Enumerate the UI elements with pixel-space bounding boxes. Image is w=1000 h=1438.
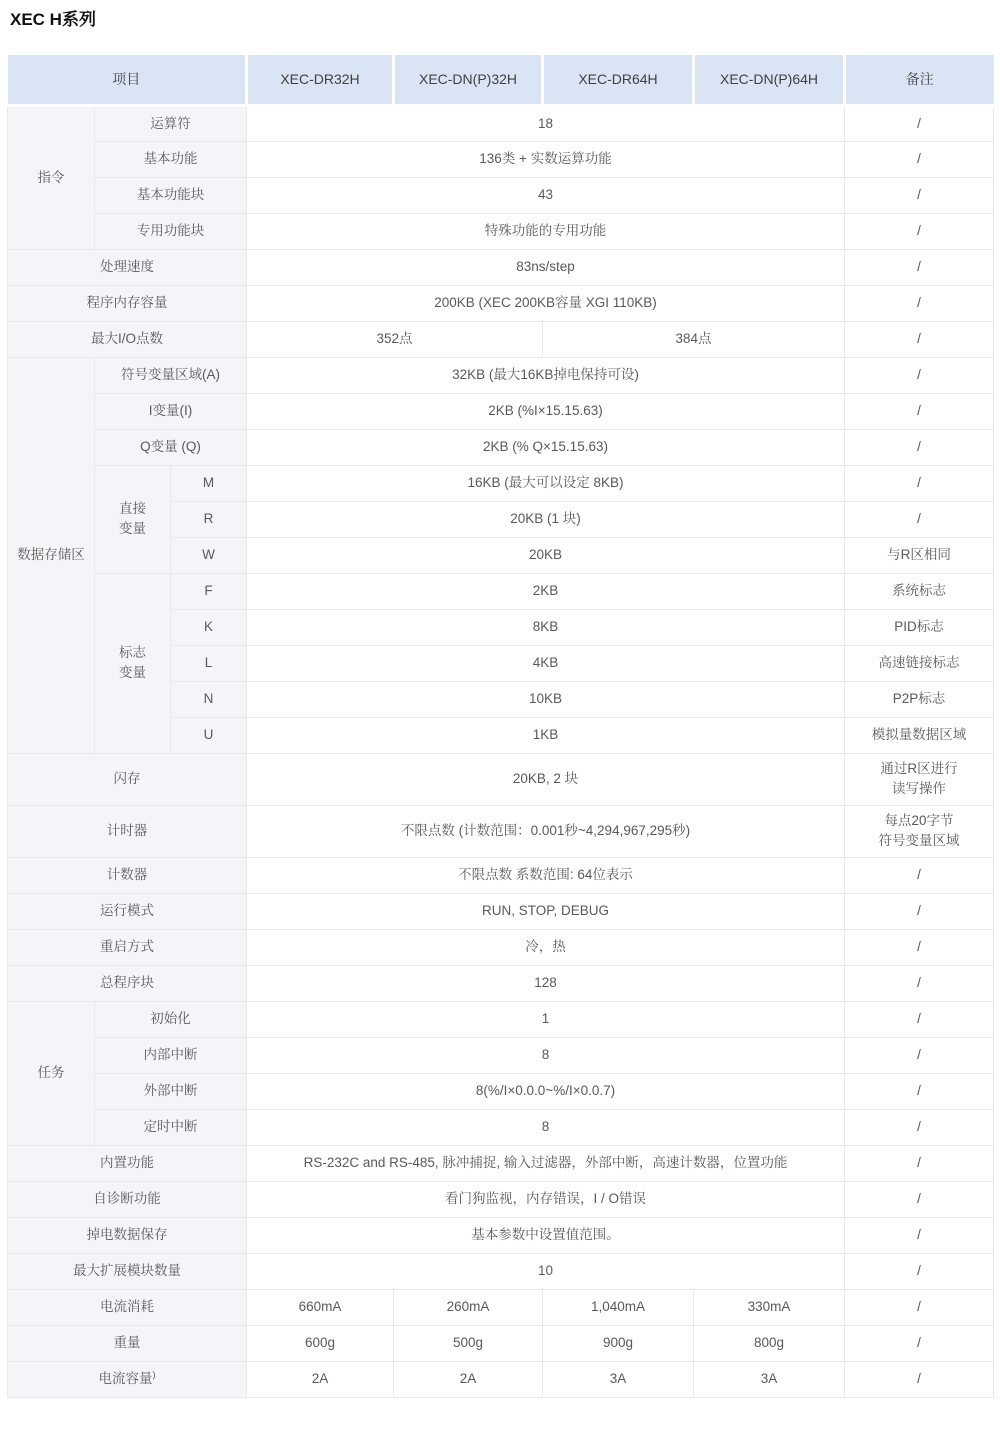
cell-label: 运算符 — [95, 105, 247, 141]
table-row: 外部中断8(%/I×0.0.0~%/I×0.0.7)/ — [8, 1073, 994, 1109]
header-cell-item: 项目 — [8, 55, 247, 105]
header-cell-remark: 备注 — [845, 55, 994, 105]
spec-table: 项目 XEC-DR32H XEC-DN(P)32H XEC-DR64H XEC-… — [7, 55, 994, 1398]
table-row: 闪存20KB, 2 块通过R区进行读写操作 — [8, 753, 994, 805]
cell-value: 8KB — [247, 609, 845, 645]
cell-label: 标志变量 — [95, 573, 171, 753]
cell-value: 200KB (XEC 200KB容量 XGI 110KB) — [247, 285, 845, 321]
cell-value: 20KB, 2 块 — [247, 753, 845, 805]
cell-label: 电流消耗 — [8, 1289, 247, 1325]
cell-value: 136类 + 实数运算功能 — [247, 141, 845, 177]
cell-label: 自诊断功能 — [8, 1181, 247, 1217]
table-row: 电流消耗660mA260mA1,040mA330mA/ — [8, 1289, 994, 1325]
cell-remark: 与R区相同 — [845, 537, 994, 573]
cell-remark: / — [845, 1361, 994, 1397]
table-row: 任务初始化1/ — [8, 1001, 994, 1037]
cell-remark: / — [845, 429, 994, 465]
table-row: 最大扩展模块数量10/ — [8, 1253, 994, 1289]
cell-label: 程序内存容量 — [8, 285, 247, 321]
cell-value: 260mA — [394, 1289, 543, 1325]
cell-label: 电流容量) — [8, 1361, 247, 1397]
cell-label: 基本功能块 — [95, 177, 247, 213]
table-row: 处理速度83ns/step/ — [8, 249, 994, 285]
cell-value: 900g — [543, 1325, 694, 1361]
cell-label: 定时中断 — [95, 1109, 247, 1145]
cell-remark: / — [845, 177, 994, 213]
cell-remark: / — [845, 357, 994, 393]
cell-label: 最大扩展模块数量 — [8, 1253, 247, 1289]
table-row: 内置功能RS-232C and RS-485, 脉冲捕捉, 输入过滤器，外部中断… — [8, 1145, 994, 1181]
cell-value: 20KB (1 块) — [247, 501, 845, 537]
cell-remark: P2P标志 — [845, 681, 994, 717]
cell-value: 384点 — [543, 321, 845, 357]
cell-label: 运行模式 — [8, 893, 247, 929]
cell-remark: / — [845, 1109, 994, 1145]
cell-value: 冷，热 — [247, 929, 845, 965]
cell-label: I变量(I) — [95, 393, 247, 429]
table-row: 程序内存容量200KB (XEC 200KB容量 XGI 110KB)/ — [8, 285, 994, 321]
cell-value: 2KB (% Q×15.15.63) — [247, 429, 845, 465]
header-cell-xec-dnp32h: XEC-DN(P)32H — [394, 55, 543, 105]
cell-value: 基本参数中设置值范围。 — [247, 1217, 845, 1253]
cell-value: 500g — [394, 1325, 543, 1361]
table-row: 自诊断功能看门狗监视，内存错误，I / O错误/ — [8, 1181, 994, 1217]
table-row: 数据存储区符号变量区域(A)32KB (最大16KB掉电保持可设)/ — [8, 357, 994, 393]
cell-value: 1 — [247, 1001, 845, 1037]
cell-value: 800g — [694, 1325, 845, 1361]
cell-label: 任务 — [8, 1001, 95, 1145]
table-row: 总程序块128/ — [8, 965, 994, 1001]
table-row: 运行模式RUN, STOP, DEBUG/ — [8, 893, 994, 929]
table-row: 标志变量F2KB系统标志 — [8, 573, 994, 609]
header-cell-xec-dr32h: XEC-DR32H — [247, 55, 394, 105]
cell-label: 初始化 — [95, 1001, 247, 1037]
cell-value: 330mA — [694, 1289, 845, 1325]
cell-value: 16KB (最大可以设定 8KB) — [247, 465, 845, 501]
cell-label: K — [171, 609, 247, 645]
cell-label: 指令 — [8, 105, 95, 249]
cell-value: 4KB — [247, 645, 845, 681]
cell-value: RUN, STOP, DEBUG — [247, 893, 845, 929]
header-cell-xec-dnp64h: XEC-DN(P)64H — [694, 55, 845, 105]
cell-label: F — [171, 573, 247, 609]
cell-label: 基本功能 — [95, 141, 247, 177]
header-cell-xec-dr64h: XEC-DR64H — [543, 55, 694, 105]
table-row: 重启方式冷，热/ — [8, 929, 994, 965]
table-row: 重量600g500g900g800g/ — [8, 1325, 994, 1361]
cell-value: 3A — [543, 1361, 694, 1397]
cell-label: 重启方式 — [8, 929, 247, 965]
cell-remark: / — [845, 213, 994, 249]
cell-remark: 每点20字节符号变量区域 — [845, 805, 994, 857]
table-row: Q变量 (Q)2KB (% Q×15.15.63)/ — [8, 429, 994, 465]
cell-remark: / — [845, 1037, 994, 1073]
cell-label: 处理速度 — [8, 249, 247, 285]
cell-remark: / — [845, 1181, 994, 1217]
cell-label: 直接变量 — [95, 465, 171, 573]
cell-remark: PID标志 — [845, 609, 994, 645]
cell-remark: / — [845, 1145, 994, 1181]
cell-label: L — [171, 645, 247, 681]
cell-value: 2KB — [247, 573, 845, 609]
table-body: 指令运算符18/基本功能136类 + 实数运算功能/基本功能块43/专用功能块特… — [8, 105, 994, 1397]
cell-remark: / — [845, 1217, 994, 1253]
cell-value: 352点 — [247, 321, 543, 357]
cell-label: 重量 — [8, 1325, 247, 1361]
cell-label: 专用功能块 — [95, 213, 247, 249]
cell-value: 不限点数 (计数范围：0.001秒~4,294,967,295秒) — [247, 805, 845, 857]
cell-label: R — [171, 501, 247, 537]
cell-label: 闪存 — [8, 753, 247, 805]
cell-label: 外部中断 — [95, 1073, 247, 1109]
table-row: 计时器不限点数 (计数范围：0.001秒~4,294,967,295秒)每点20… — [8, 805, 994, 857]
cell-value: 20KB — [247, 537, 845, 573]
cell-label: U — [171, 717, 247, 753]
cell-value: 8(%/I×0.0.0~%/I×0.0.7) — [247, 1073, 845, 1109]
cell-remark: / — [845, 501, 994, 537]
cell-remark: / — [845, 1001, 994, 1037]
cell-value: 32KB (最大16KB掉电保持可设) — [247, 357, 845, 393]
cell-label: 内置功能 — [8, 1145, 247, 1181]
cell-remark: / — [845, 105, 994, 141]
cell-value: 43 — [247, 177, 845, 213]
table-row: 基本功能136类 + 实数运算功能/ — [8, 141, 994, 177]
cell-label: N — [171, 681, 247, 717]
cell-remark: / — [845, 1325, 994, 1361]
cell-value: 8 — [247, 1037, 845, 1073]
table-row: 专用功能块特殊功能的专用功能/ — [8, 213, 994, 249]
cell-label: 计时器 — [8, 805, 247, 857]
cell-label: 最大I/O点数 — [8, 321, 247, 357]
page-title: XEC H系列 — [0, 0, 1000, 30]
cell-remark: 系统标志 — [845, 573, 994, 609]
cell-remark: / — [845, 1073, 994, 1109]
cell-remark: / — [845, 393, 994, 429]
cell-value: 10KB — [247, 681, 845, 717]
cell-value: 2A — [394, 1361, 543, 1397]
cell-remark: / — [845, 141, 994, 177]
cell-remark: / — [845, 929, 994, 965]
table-row: 直接变量M16KB (最大可以设定 8KB)/ — [8, 465, 994, 501]
cell-label: 内部中断 — [95, 1037, 247, 1073]
cell-remark: / — [845, 965, 994, 1001]
table-row: 内部中断8/ — [8, 1037, 994, 1073]
cell-value: RS-232C and RS-485, 脉冲捕捉, 输入过滤器，外部中断，高速计… — [247, 1145, 845, 1181]
cell-remark: / — [845, 893, 994, 929]
cell-value: 128 — [247, 965, 845, 1001]
cell-value: 8 — [247, 1109, 845, 1145]
cell-value: 2A — [247, 1361, 394, 1397]
cell-remark: 模拟量数据区域 — [845, 717, 994, 753]
table-row: I变量(I)2KB (%I×15.15.63)/ — [8, 393, 994, 429]
header-row: 项目 XEC-DR32H XEC-DN(P)32H XEC-DR64H XEC-… — [8, 55, 994, 105]
cell-remark: / — [845, 857, 994, 893]
cell-value: 特殊功能的专用功能 — [247, 213, 845, 249]
cell-value: 不限点数 系数范围: 64位表示 — [247, 857, 845, 893]
cell-remark: / — [845, 1253, 994, 1289]
cell-label: 数据存储区 — [8, 357, 95, 753]
cell-remark: / — [845, 321, 994, 357]
page: XEC H系列 项目 XEC-DR32H XEC-DN(P)32H XEC-DR… — [0, 0, 1000, 1398]
cell-value: 2KB (%I×15.15.63) — [247, 393, 845, 429]
table-row: 基本功能块43/ — [8, 177, 994, 213]
cell-label: 符号变量区域(A) — [95, 357, 247, 393]
cell-remark: / — [845, 285, 994, 321]
cell-remark: 通过R区进行读写操作 — [845, 753, 994, 805]
table-row: 掉电数据保存基本参数中设置值范围。/ — [8, 1217, 994, 1253]
cell-value: 83ns/step — [247, 249, 845, 285]
cell-label: M — [171, 465, 247, 501]
table-row: 指令运算符18/ — [8, 105, 994, 141]
cell-value: 600g — [247, 1325, 394, 1361]
cell-remark: / — [845, 249, 994, 285]
cell-remark: 高速链接标志 — [845, 645, 994, 681]
cell-remark: / — [845, 1289, 994, 1325]
table-row: 定时中断8/ — [8, 1109, 994, 1145]
cell-label: Q变量 (Q) — [95, 429, 247, 465]
cell-label: 计数器 — [8, 857, 247, 893]
cell-label: W — [171, 537, 247, 573]
cell-value: 1,040mA — [543, 1289, 694, 1325]
cell-value: 660mA — [247, 1289, 394, 1325]
cell-remark: / — [845, 465, 994, 501]
cell-label: 总程序块 — [8, 965, 247, 1001]
table-row: 计数器不限点数 系数范围: 64位表示/ — [8, 857, 994, 893]
cell-value: 1KB — [247, 717, 845, 753]
cell-label: 掉电数据保存 — [8, 1217, 247, 1253]
cell-value: 3A — [694, 1361, 845, 1397]
table-row: 最大I/O点数352点384点/ — [8, 321, 994, 357]
table-header: 项目 XEC-DR32H XEC-DN(P)32H XEC-DR64H XEC-… — [8, 55, 994, 105]
cell-value: 看门狗监视，内存错误，I / O错误 — [247, 1181, 845, 1217]
cell-value: 18 — [247, 105, 845, 141]
table-row: 电流容量)2A2A3A3A/ — [8, 1361, 994, 1397]
cell-value: 10 — [247, 1253, 845, 1289]
